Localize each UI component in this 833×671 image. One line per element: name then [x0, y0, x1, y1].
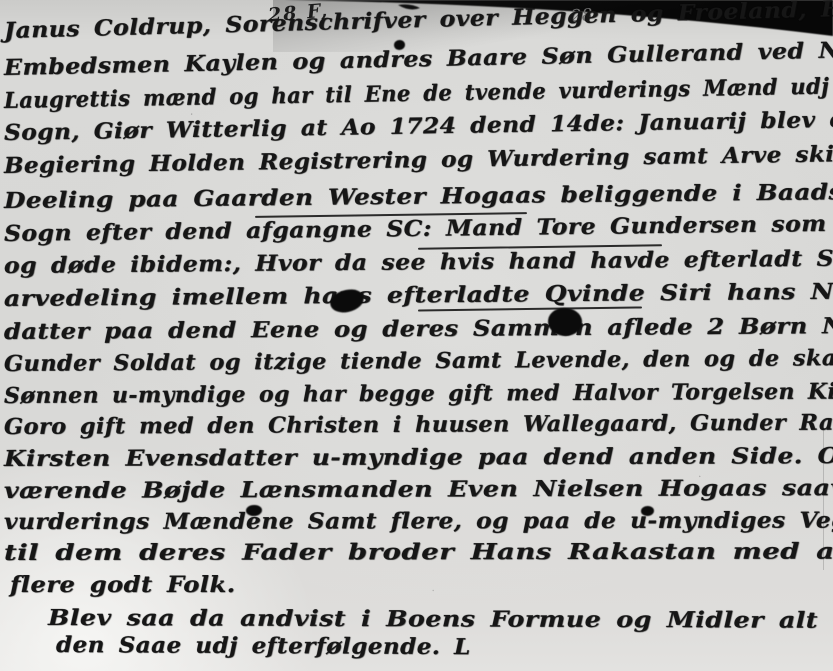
text-line: Gunder Soldat og itzige tiende Samt Leve… [4, 343, 833, 381]
text-line: værende Bøjde Lænsmanden Even Nielsen Ho… [4, 473, 833, 508]
text-line: Goro gift med den Christen i huusen Wall… [4, 408, 833, 444]
manuscript-page: 28 F, 28 Janus Coldrup, Sorenschrifver o… [0, 0, 833, 671]
text-line: til dem deres Fader broder Hans Rakastan… [4, 536, 833, 570]
text-line: flere godt Folk. [10, 570, 833, 602]
text-line: vurderings Mændene Samt flere, og paa de… [4, 505, 833, 539]
text-line: den Saae udj efterfølgende. L [56, 630, 833, 667]
text-line: Kirsten Evensdatter u-myndige paa dend a… [4, 441, 833, 476]
right-margin-line [823, 420, 824, 570]
